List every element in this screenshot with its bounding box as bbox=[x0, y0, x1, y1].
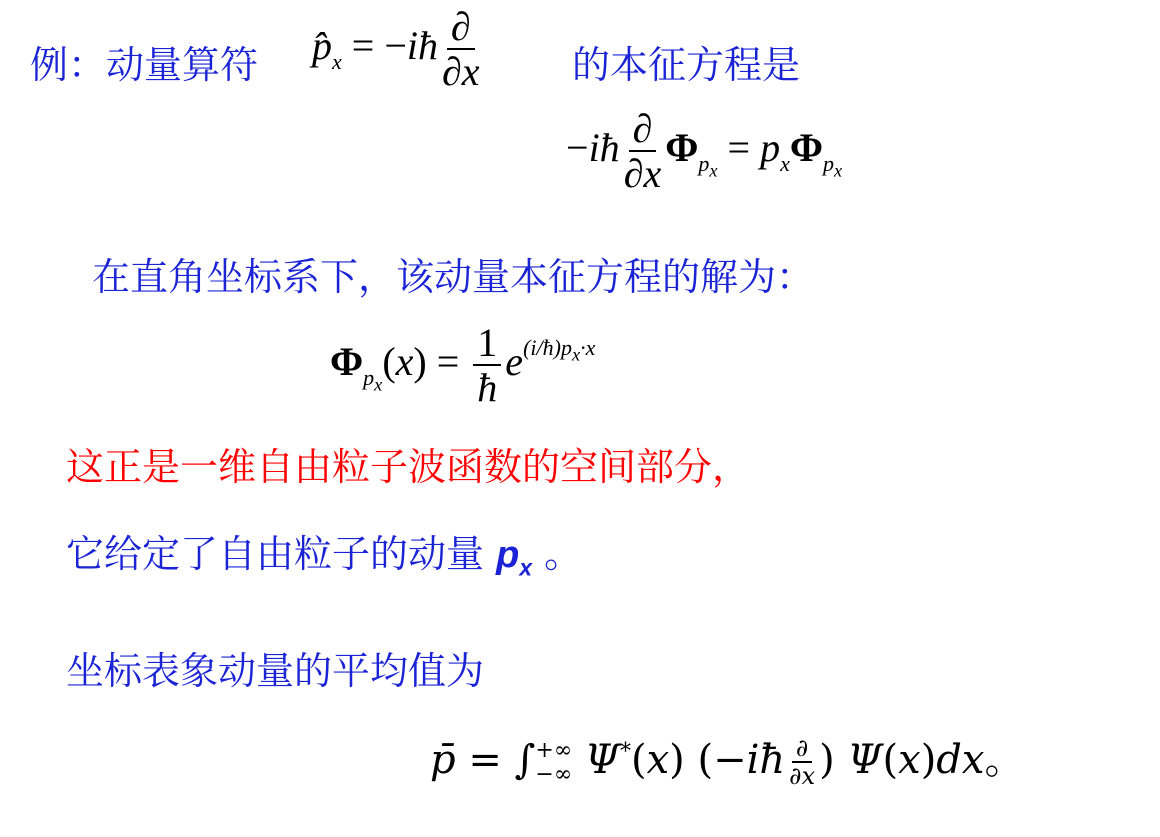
eigen-equation-intro: 的本征方程是 bbox=[572, 46, 800, 84]
momentum-symbol: px bbox=[496, 534, 532, 576]
solution-intro-text: 在直角坐标系下，该动量本征方程的解为： bbox=[92, 258, 814, 296]
mean-momentum-formula: p̄ = ∫+∞−∞ Ψ*(x) (−iħ∂∂x) Ψ(x)dx。 bbox=[430, 728, 1024, 790]
eigen-solution-formula: Φpx(x) = 1ħe(i/ħ)px·x bbox=[330, 322, 595, 410]
momentum-statement-text: 它给定了自由粒子的动量 bbox=[66, 532, 484, 576]
example-intro-text: 例：动量算符 bbox=[30, 46, 258, 84]
eigen-equation: −iħ∂∂xΦpx = pxΦpx bbox=[566, 108, 842, 196]
momentum-statement: 它给定了自由粒子的动量 px 。 bbox=[66, 535, 582, 579]
momentum-operator-formula: p̂x = −iħ∂∂x bbox=[312, 6, 484, 94]
momentum-statement-end: 。 bbox=[544, 532, 582, 576]
free-particle-statement: 这正是一维自由粒子波函数的空间部分， bbox=[66, 448, 750, 486]
mean-momentum-intro: 坐标表象动量的平均值为 bbox=[66, 652, 484, 690]
